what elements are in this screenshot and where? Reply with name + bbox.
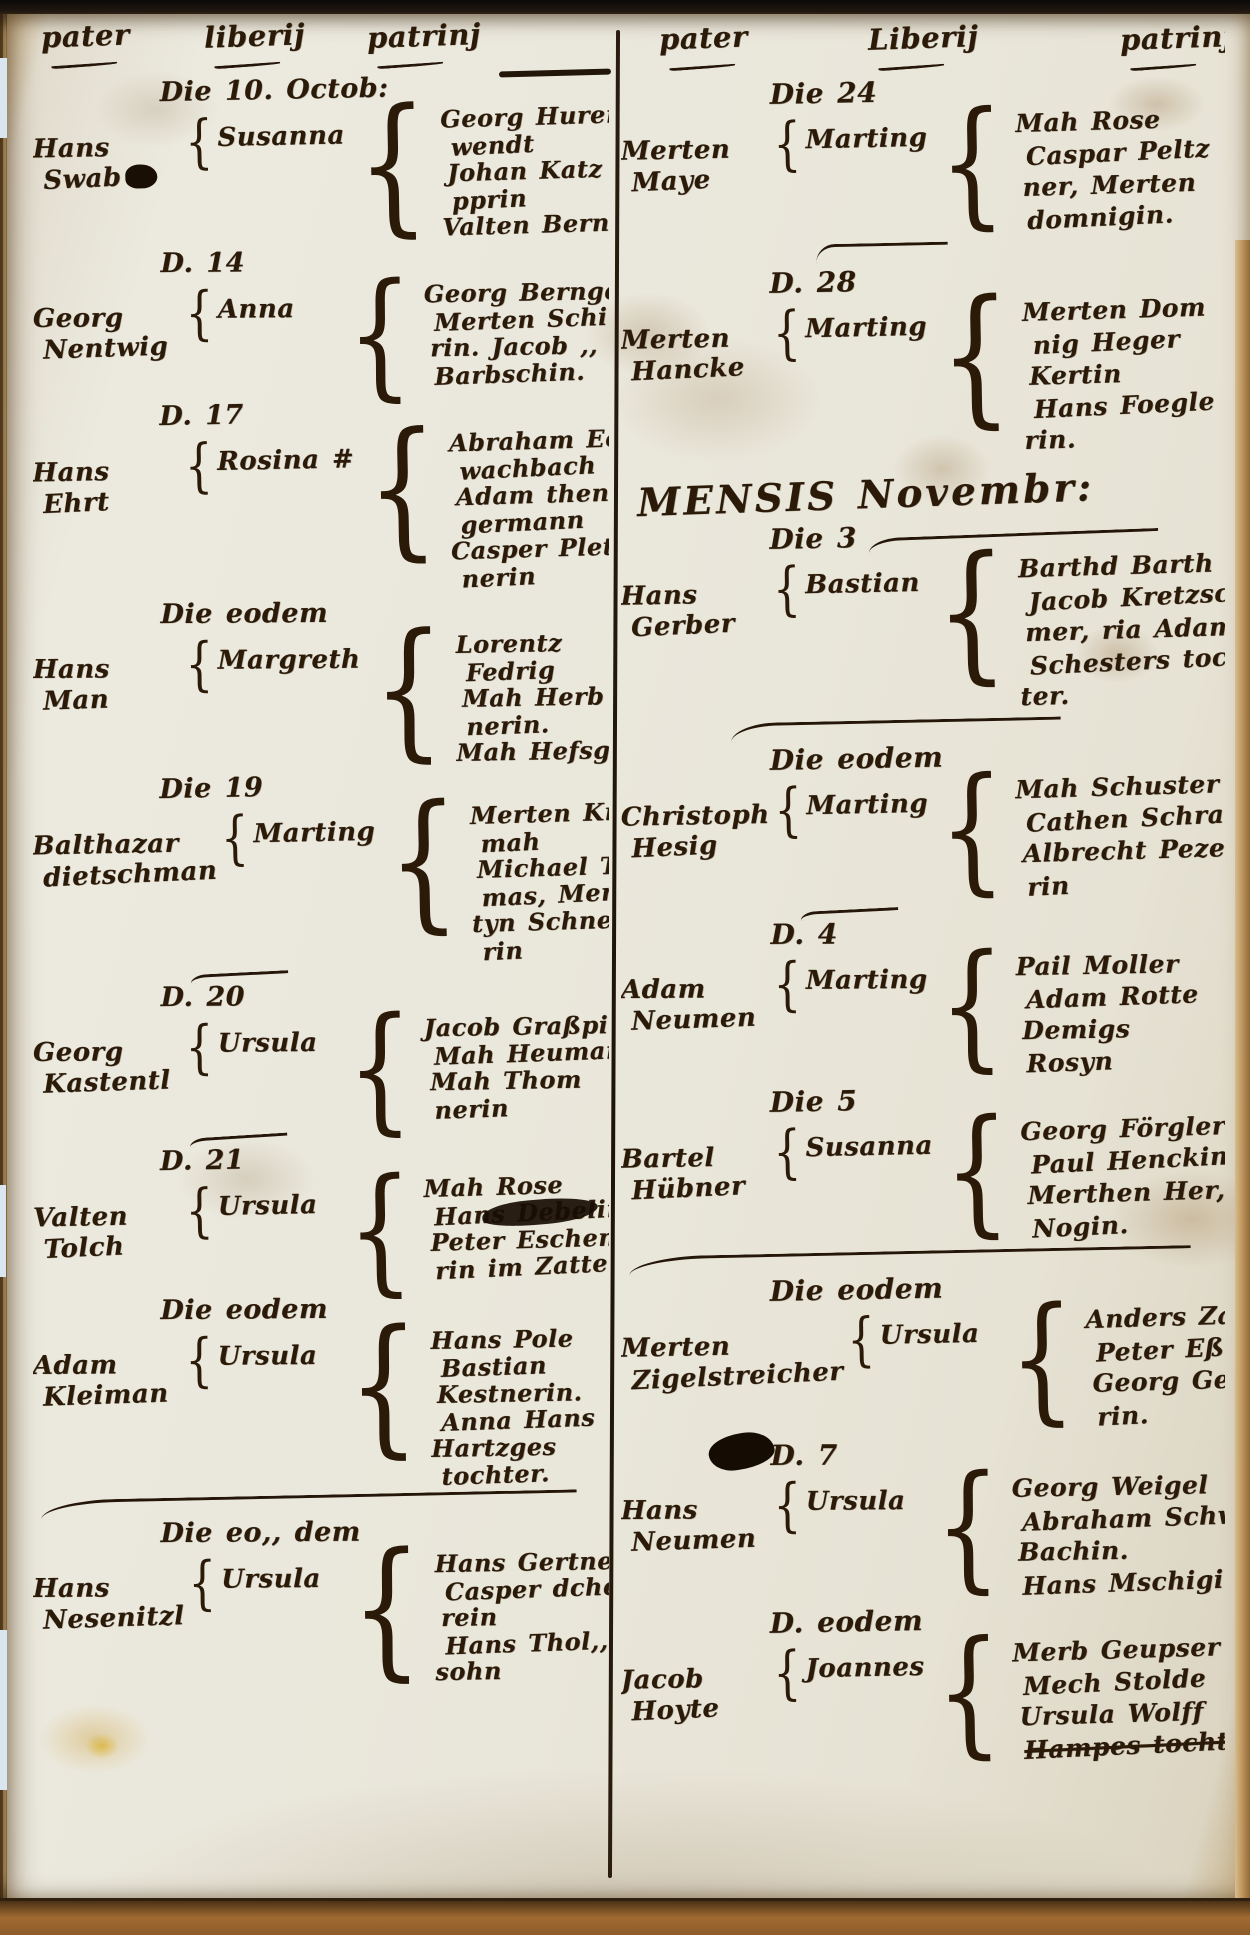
right-column-headers: pater Liberij patrinj [621,22,1225,69]
godparents: LorentzFedrigMah Herbnerin.Mah Hefsgin [456,629,609,765]
brace-glyph: { [935,1467,1002,1585]
child-name: Marting [805,312,927,344]
father-name-line: Hans [621,579,769,612]
child-name: Marting [806,789,928,821]
godparents: Georg FörglerPaul HenckinMerthen Her,,No… [1020,1111,1225,1243]
father-name: ValtenTolch [33,1200,182,1263]
father-name: GeorgNentwig [33,303,181,364]
brace-glyph: { [356,101,430,230]
father-name-line: Hans [621,1495,769,1526]
header-liberi: liberij [203,20,305,54]
brace-glyph: { [185,289,213,338]
flourish-rule [731,717,1061,743]
father-name-line: Man [43,682,182,717]
child-name: Joannes [805,1652,925,1684]
register-entry: Die eo,, demHansNesenitzl{Ursula{Hans Ge… [33,1516,609,1687]
godparent-line: Pail Moller [1015,948,1188,983]
header-liberi: Liberij [867,22,978,56]
father-name-line: Ehrt [42,484,181,520]
godparent-line: Georg Weigel [1011,1468,1225,1505]
godparents: Pail MollerAdam RotteDemigsRosyn [1015,949,1189,1078]
scan-background-sliver [0,1185,6,1277]
entry-row: HansNesenitzl{Ursula{Hans GertnerCasper … [33,1546,609,1687]
brace-glyph: { [185,117,214,167]
brace-glyph: { [773,960,801,1009]
register-entry: D. 7HansNeumen{Ursula{Georg WeigelAbraha… [621,1438,1225,1602]
entry-row: BartelHübner{Susanna{Georg FörglerPaul H… [621,1109,1225,1251]
register-entry: Die eodemChristophHesig{Marting{Mah Schu… [621,737,1225,909]
header-cell: pater [659,22,748,69]
header-pater: pater [658,22,748,56]
brace-glyph: { [847,1315,876,1365]
header-cell: patrinj [367,20,481,67]
father-name-line: Tolch [43,1228,182,1264]
entry-row: HansMan{Margreth{LorentzFedrigMah Herbne… [33,627,609,768]
father-name-line: Neumen [631,1002,770,1037]
godparent-line: sohn [435,1655,609,1685]
godparent-line: Anna Hans [441,1404,596,1436]
brace-glyph: { [347,1010,414,1128]
godparent-line: Hans Thol,, [445,1626,609,1660]
father-name: HansGerber [621,579,769,642]
father-name-line: Adam [621,974,769,1005]
entry-row: Balthazardietschman{Marting{Merten Krech… [33,797,609,972]
register-entry: Die 19Balthazardietschman{Marting{Merten… [33,767,609,972]
entry-row: GeorgNentwig{Anna{Georg BerngetMerten Sc… [33,276,609,395]
flourish-underline [1130,54,1197,72]
father-name: BartelHübner [621,1142,770,1205]
register-entry: Die 5BartelHübner{Susanna{Georg FörglerP… [621,1079,1225,1251]
father-name-line: Gerber [630,607,769,643]
father-name-line: Kastentl [43,1065,182,1100]
brace-glyph: { [347,275,414,393]
register-entry: D. 17HansEhrt{Rosina #{Abraham Echwachba… [33,394,609,599]
godparent-line: Valten Bernd [442,208,609,240]
register-entry: Die eodemAdamKleiman{Ursula{Hans PoleBas… [33,1293,609,1491]
flourish-underline [51,52,118,70]
brace-glyph: { [387,798,461,927]
flourish-underline [669,54,736,72]
brace-glyph: { [1008,1299,1076,1418]
father-name-line: Maye [631,162,770,198]
header-cell: liberij [204,20,305,67]
child-name: Margreth [218,645,361,676]
register-entry: D. 21ValtenTolch{Ursula{Mah RoseHans Deb… [33,1128,609,1294]
father-name: HansMan [33,654,181,715]
register-entry: D. 28MertenHancke{Marting{Merten Domnig … [621,260,1225,464]
register-entry: D. 14GeorgNentwig{Anna{Georg BerngetMert… [33,246,609,395]
father-name-line: Hancke [630,351,769,387]
flourish-rule [816,242,948,264]
father-name-line: Adam [33,1350,181,1381]
godparents: Mah RoseCaspar Peltzner, Mertendomnigin. [1015,104,1201,236]
child-name: Ursula [806,1486,924,1517]
godparents: Georg HurenwendtJohan KatzpprinValten Be… [440,101,609,240]
godparent-line: Georg Gerstner [1092,1361,1225,1400]
godparents: Barthd BarthJacob Kretzschmer, ria AdamS… [1018,548,1225,712]
flourish-underline [376,52,443,70]
brace-glyph: { [938,103,1006,222]
book-scan: pater liberij patrinj Die 10. Octob:Hans… [0,0,1250,1935]
father-name-line: dietschman [42,856,217,894]
brace-glyph: { [372,626,444,754]
brace-glyph: { [938,946,1005,1064]
father-name-line: Hesig [631,828,771,864]
godparents: Merten KrechmahMichael Tho,,mas, Mer,,ty… [470,798,609,964]
header-cell: pater [41,20,130,67]
brace-glyph: { [773,1481,801,1530]
child-name: Marting [805,123,927,155]
brace-glyph: { [221,814,250,864]
father-name: ChristophHesig [621,800,770,863]
father-name-line: Hoyte [631,1691,770,1727]
godparent-line: tochter. [441,1458,596,1490]
scan-background-sliver [0,58,7,138]
child-name: Bastian [805,568,924,600]
entries-left: Die 10. Octob:HansSwab{Susanna{Georg Hur… [33,75,609,1685]
godparent-line: Bachin. [1018,1532,1225,1569]
godparents: Georg BerngetMerten Schirgerin. Jacob ,,… [423,278,609,388]
register-entry: D. 20GeorgKastentl{Ursula{Jacob Graßpitz… [33,970,609,1129]
godparents: Mah RoseHans DebelinPeter Eschenarin im … [423,1170,609,1282]
entry-row: HansNeumen{Ursula{Georg WeigelAbraham Sc… [621,1468,1225,1602]
godparent-line: Hans Pole [431,1324,586,1354]
scan-background-sliver [0,1630,7,1790]
brace-glyph: { [773,308,802,358]
entry-row: HansSwab{Susanna{Georg HurenwendtJohan K… [33,99,609,247]
father-name-line: Hans [33,1573,184,1604]
left-column-headers: pater liberij patrinj [33,20,609,67]
father-name-line: Kleiman [43,1378,182,1413]
header-pater: pater [40,20,130,54]
entry-row: AdamKleiman{Ursula{Hans PoleBastianKestn… [33,1323,609,1491]
father-name: AdamKleiman [33,1350,181,1411]
father-name-line: Georg [33,303,181,334]
header-cell: patrinj [1120,22,1225,69]
brace-glyph: { [346,1170,414,1289]
brace-glyph: { [347,1322,419,1450]
godparent-line: nerin [434,1090,609,1124]
entry-row: ValtenTolch{Ursula{Mah RoseHans DebelinP… [33,1168,609,1294]
father-name-line: Jacob [621,1663,769,1696]
register-entry: Die 10. Octob:HansSwab{Susanna{Georg Hur… [33,69,609,247]
child-name: Anna [218,294,336,325]
brace-glyph: { [773,1127,802,1177]
register-entry: D. 4AdamNeumen{Marting{Pail MollerAdam R… [621,907,1225,1081]
child-name: Susanna [217,121,345,153]
entry-row: MertenZigelstreicher{Ursula{Anders Zache… [621,1298,1225,1440]
father-name-line: Merten [621,134,769,167]
father-name-line: Hans [33,654,181,685]
godparent-line: Mah Hefsgin [456,736,609,766]
godparents: Merten Domnig HegerKertinHans Foeglerin. [1022,293,1209,457]
header-patrini: patrinj [1120,22,1225,56]
child-name: Susanna [805,1131,933,1163]
register-entry: Die 3HansGerber{Bastian{Barthd BarthJaco… [621,516,1225,720]
flourish-underline [213,52,280,70]
header-cell: Liberij [868,22,978,69]
father-name: Balthazardietschman [33,828,218,892]
godparent-line: Anders Zacher [1085,1297,1225,1336]
father-name-line: Valten [33,1200,181,1233]
entry-row: HansEhrt{Rosina #{Abraham EchwachbachAda… [33,424,609,599]
brace-glyph: { [189,1559,217,1608]
flourish-rule [41,1489,577,1519]
page-right-edge [1235,240,1250,1902]
register-entry: D. eodemJacobHoyte{Joannes{Merb GeupserM… [621,1600,1225,1772]
father-name-line: Merten [621,323,769,356]
left-column: pater liberij patrinj Die 10. Octob:Hans… [33,20,609,1886]
entry-row: JacobHoyte{Joannes{Merb GeupserMech Stol… [621,1630,1225,1772]
father-name: HansNeumen [621,1495,769,1556]
right-column: pater Liberij patrinj Die 24MertenMaye{M… [621,22,1225,1884]
brace-glyph: { [351,1545,423,1673]
brace-glyph: { [185,441,214,491]
godparents: Abraham EchwachbachAdam thengermannCaspe… [449,425,609,591]
godparent-line: rin. [1024,420,1209,457]
godparent-line: Adam Rotte [1025,978,1199,1016]
month-section-heading: MENSIS Novembr: [636,460,1225,526]
child-name: Ursula [218,1028,336,1059]
brace-glyph: { [773,1648,802,1698]
child-name: Marting [806,965,928,996]
brace-glyph: { [185,1336,213,1385]
brace-glyph: { [185,1186,214,1236]
flourish-underline [877,54,944,72]
register-entry: Die 24MertenMaye{Marting{Mah RoseCaspar … [621,71,1225,243]
godparent-line: Casper dcher [444,1572,609,1606]
father-name-line: Swab [43,160,182,196]
brace-glyph: { [943,1111,1011,1230]
child-name: Ursula [218,1341,336,1372]
child-name: Marting [253,817,375,849]
child-name: Ursula [879,1319,998,1351]
brace-glyph: { [938,292,1012,421]
register-page: pater liberij patrinj Die 10. Octob:Hans… [7,14,1250,1902]
brace-glyph: { [935,1632,1003,1751]
godparents: Hans PoleBastianKestnerin.Anna HansHartz… [431,1325,586,1488]
entry-row: ChristophHesig{Marting{Mah SchusterCathe… [621,767,1225,909]
father-name: HansNesenitzl [33,1573,185,1634]
entry-row: MertenHancke{Marting{Merten Domnig Heger… [621,290,1225,464]
book-cover-bottom [0,1898,1250,1935]
godparents: Hans GertnerCasper dcherreinHans Thol,,s… [434,1548,609,1684]
godparent-line: Barbschin. [434,355,609,390]
brace-glyph: { [185,640,213,689]
father-name-line: Neumen [631,1523,770,1558]
father-name: AdamNeumen [621,974,769,1035]
brace-glyph: { [938,769,1006,888]
godparent-line: Demigs [1022,1012,1189,1047]
father-name-line: Nentwig [43,331,182,366]
child-name: Rosina # [217,445,355,478]
godparents: Merb GeupserMech StoldeUrsula WolffHampe… [1012,1632,1225,1764]
father-name: MertenZigelstreicher [621,1330,844,1394]
father-name-line: Christoph [621,800,770,833]
godparent-line: Rosyn [1025,1042,1199,1080]
godparents: Georg WeigelAbraham SchwartzBachin.Hans … [1011,1469,1225,1599]
brace-glyph: { [774,785,803,835]
brace-glyph: { [185,1023,213,1072]
father-name: MertenMaye [621,134,770,197]
column-divider-line [608,30,620,1878]
father-name-line: Bartel [621,1142,769,1175]
entry-row: AdamNeumen{Marting{Pail MollerAdam Rotte… [621,947,1225,1081]
entry-row: GeorgKastentl{Ursula{Jacob GraßpitzMah H… [33,1010,609,1129]
godparents: Mah SchusterCathen SchramAlbrecht Pezelr… [1015,769,1225,901]
register-entry: Die eodemMertenZigelstreicher{Ursula{And… [621,1268,1225,1440]
father-name: HansEhrt [33,456,181,519]
father-name: HansSwab [33,132,182,195]
entry-row: HansGerber{Bastian{Barthd BarthJacob Kre… [621,546,1225,720]
godparent-line: Hartzges [432,1432,587,1462]
father-name-line: Georg [33,1037,181,1068]
header-patrini: patrinj [366,20,481,54]
godparent-line: Mah Herb [462,682,609,712]
father-name-line: Nesenitzl [43,1601,185,1636]
register-entry: Die eodemHansMan{Margreth{LorentzFedrigM… [33,597,609,768]
entry-row: MertenMaye{Marting{Mah RoseCaspar Peltzn… [621,101,1225,243]
brace-glyph: { [773,564,802,614]
brace-glyph: { [935,548,1009,677]
father-name-line: Hans [33,132,181,165]
brace-glyph: { [366,425,440,554]
brace-glyph: { [773,119,802,169]
father-name-line: Hübner [631,1170,770,1206]
father-name: MertenHancke [621,323,769,386]
father-name: GeorgKastentl [33,1037,181,1098]
godparent-line: Lorentz [456,628,609,658]
godparents: Jacob GraßpitzMah HeumannMah Thomnerin [423,1012,609,1121]
father-name: JacobHoyte [621,1663,770,1726]
entries-right: Die 24MertenMaye{Marting{Mah RoseCaspar … [621,77,1225,1766]
child-name: Ursula [218,1189,337,1221]
godparent-line: ter. [1020,675,1225,714]
child-name: Ursula [221,1564,339,1595]
godparents: Anders ZacherPeter EßmannGeorg Gerstnerr… [1085,1298,1225,1430]
